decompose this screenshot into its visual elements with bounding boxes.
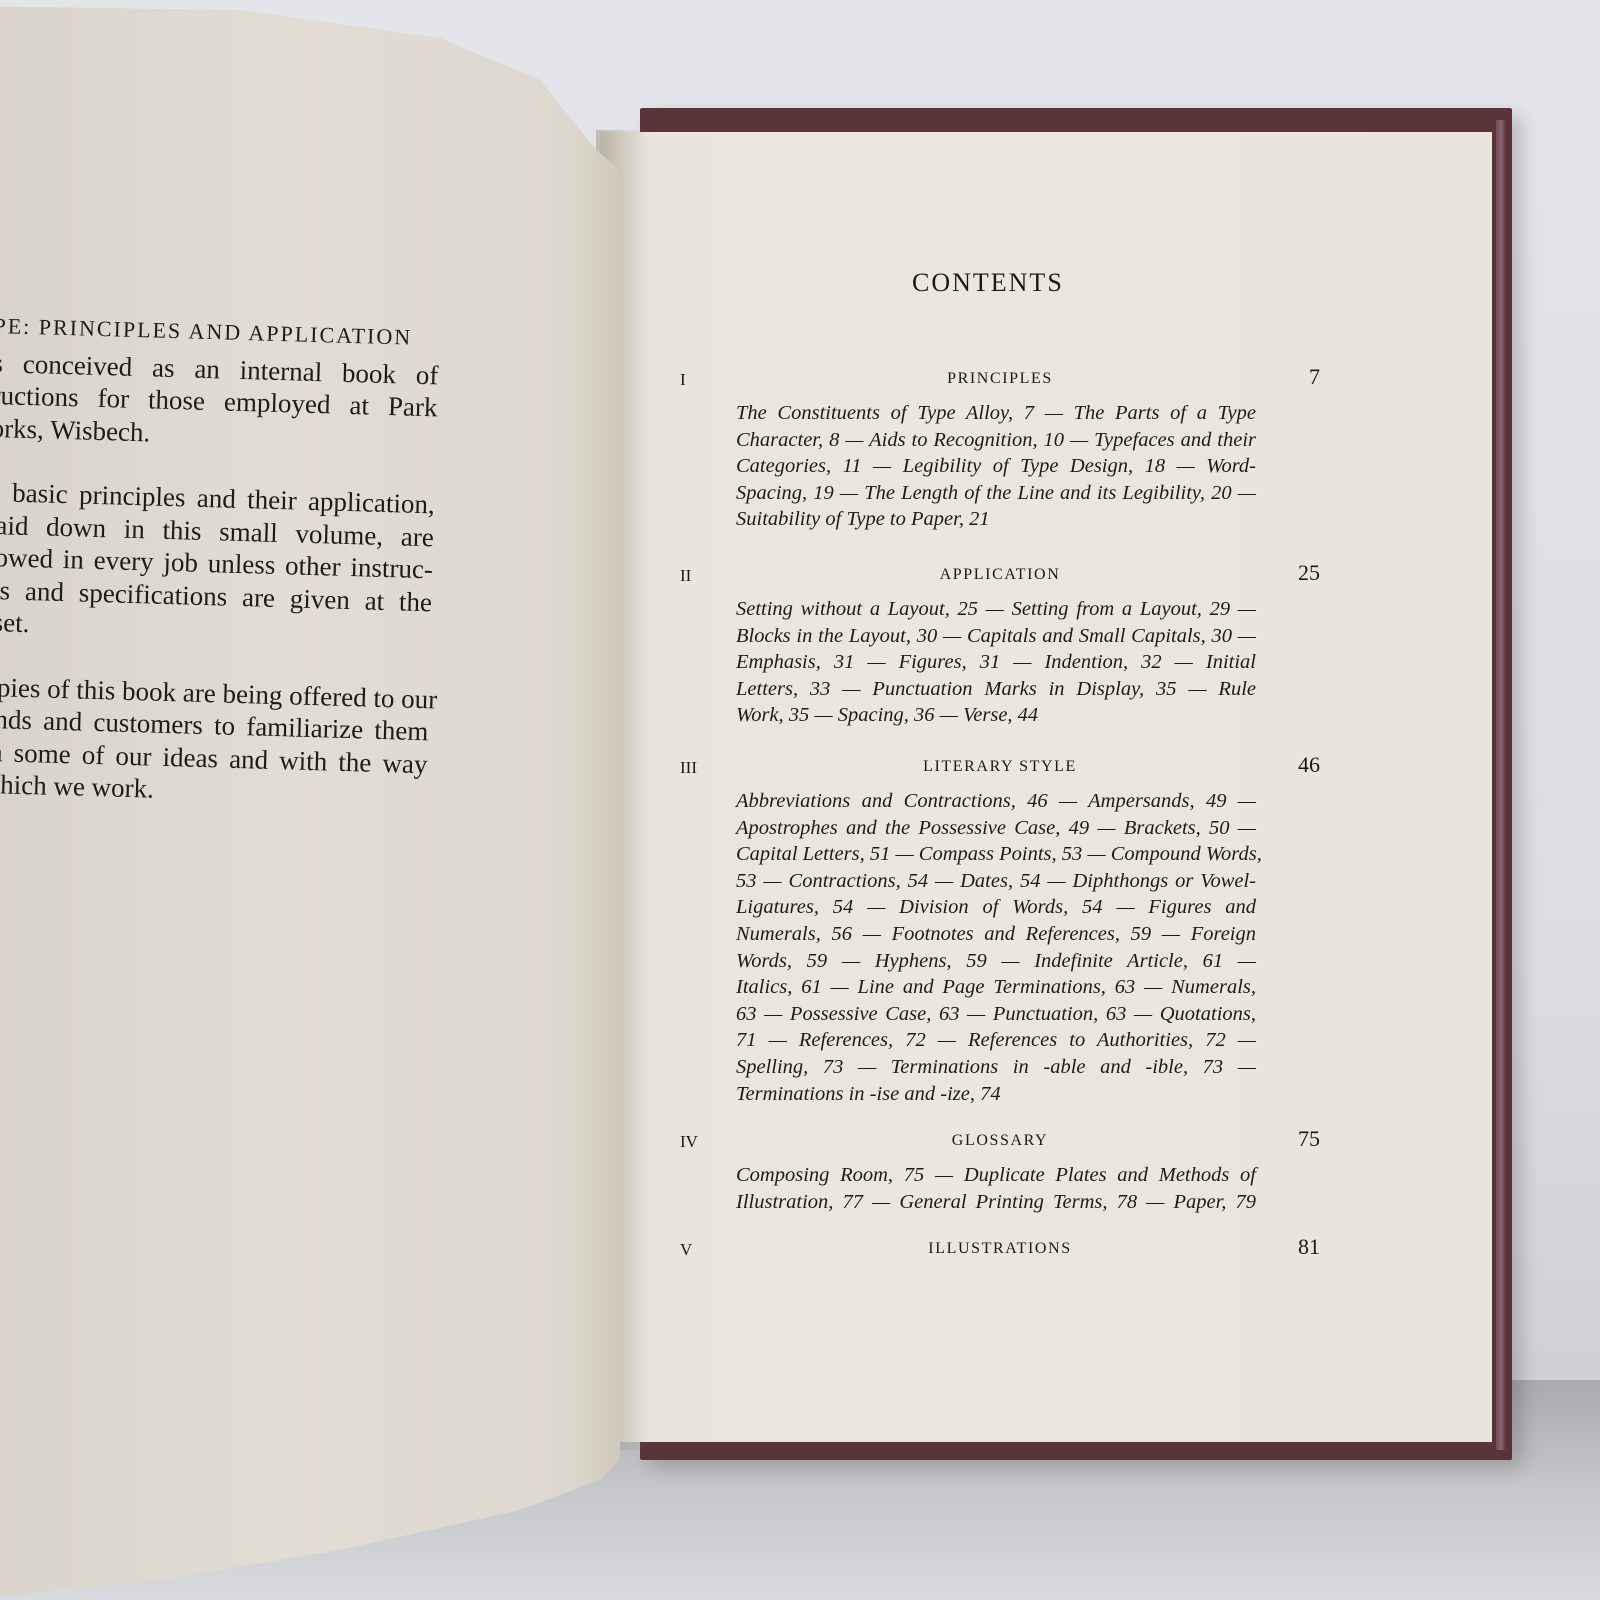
section-title: GLOSSARY <box>680 1132 1320 1150</box>
book-cover-edge <box>1496 120 1506 1450</box>
entry-line: Character, 8 — Aids to Recognition, 10 —… <box>736 427 1256 454</box>
section-page-number: 25 <box>1298 560 1320 586</box>
entry-line: Ligatures, 54 — Division of Words, 54 — … <box>736 894 1256 921</box>
left-page-text: pe: Principles and Application s conceiv… <box>0 310 440 845</box>
entry-line: Spacing, 19 — The Length of the Line and… <box>736 480 1256 507</box>
entry-line: Italics, 61 — Line and Page Terminations… <box>736 974 1256 1001</box>
section-entries: Composing Room, 75 — Duplicate Plates an… <box>736 1162 1256 1215</box>
section-entries: Setting without a Layout, 25 — Setting f… <box>736 596 1256 729</box>
entry-line: 53 — Contractions, 54 — Dates, 54 — Diph… <box>736 868 1256 895</box>
section-page-number: 7 <box>1309 364 1320 390</box>
entry-line: Letters, 33 — Punctuation Marks in Displ… <box>736 676 1256 703</box>
entry-line: Illustration, 77 — General Printing Term… <box>736 1189 1256 1216</box>
entry-line: Capital Letters, 51 — Compass Points, 53… <box>736 841 1256 868</box>
entry-line: Abbreviations and Contractions, 46 — Amp… <box>736 788 1256 815</box>
entry-line: The Constituents of Type Alloy, 7 — The … <box>736 400 1256 427</box>
entry-line: Spelling, 73 — Terminations in -able and… <box>736 1054 1256 1081</box>
entry-line: Work, 35 — Spacing, 36 — Verse, 44 <box>736 702 1256 729</box>
section-page-number: 46 <box>1298 752 1320 778</box>
left-paragraph-1: s conceived as an internal book of ructi… <box>0 346 439 456</box>
entry-line: Setting without a Layout, 25 — Setting f… <box>736 596 1256 623</box>
entry-line: Suitability of Type to Paper, 21 <box>736 506 1256 533</box>
entry-line: Terminations in -ise and -ize, 74 <box>736 1081 1256 1108</box>
section-title: LITERARY STYLE <box>680 758 1320 776</box>
left-paragraph-2: e basic principles and their application… <box>0 476 435 651</box>
entry-line: Composing Room, 75 — Duplicate Plates an… <box>736 1162 1256 1189</box>
entry-line: 71 — References, 72 — References to Auth… <box>736 1027 1256 1054</box>
entry-line: Categories, 11 — Legibility of Type Desi… <box>736 453 1256 480</box>
entry-line: Apostrophes and the Possessive Case, 49 … <box>736 815 1256 842</box>
section-entries: Abbreviations and Contractions, 46 — Amp… <box>736 788 1256 1107</box>
entry-line: Numerals, 56 — Footnotes and References,… <box>736 921 1256 948</box>
section-title: APPLICATION <box>680 566 1320 584</box>
left-paragraph-3: opies of this book are being offered to … <box>0 670 430 812</box>
section-page-number: 81 <box>1298 1234 1320 1260</box>
section-title: PRINCIPLES <box>680 370 1320 388</box>
contents-title: CONTENTS <box>912 268 1064 298</box>
entry-line: Words, 59 — Hyphens, 59 — Indefinite Art… <box>736 948 1256 975</box>
section-entries: The Constituents of Type Alloy, 7 — The … <box>736 400 1256 533</box>
entry-line: Blocks in the Layout, 30 — Capitals and … <box>736 623 1256 650</box>
entry-line: Emphasis, 31 — Figures, 31 — Indention, … <box>736 649 1256 676</box>
section-title: ILLUSTRATIONS <box>680 1240 1320 1258</box>
section-page-number: 75 <box>1298 1126 1320 1152</box>
entry-line: 63 — Possessive Case, 63 — Punctuation, … <box>736 1001 1256 1028</box>
